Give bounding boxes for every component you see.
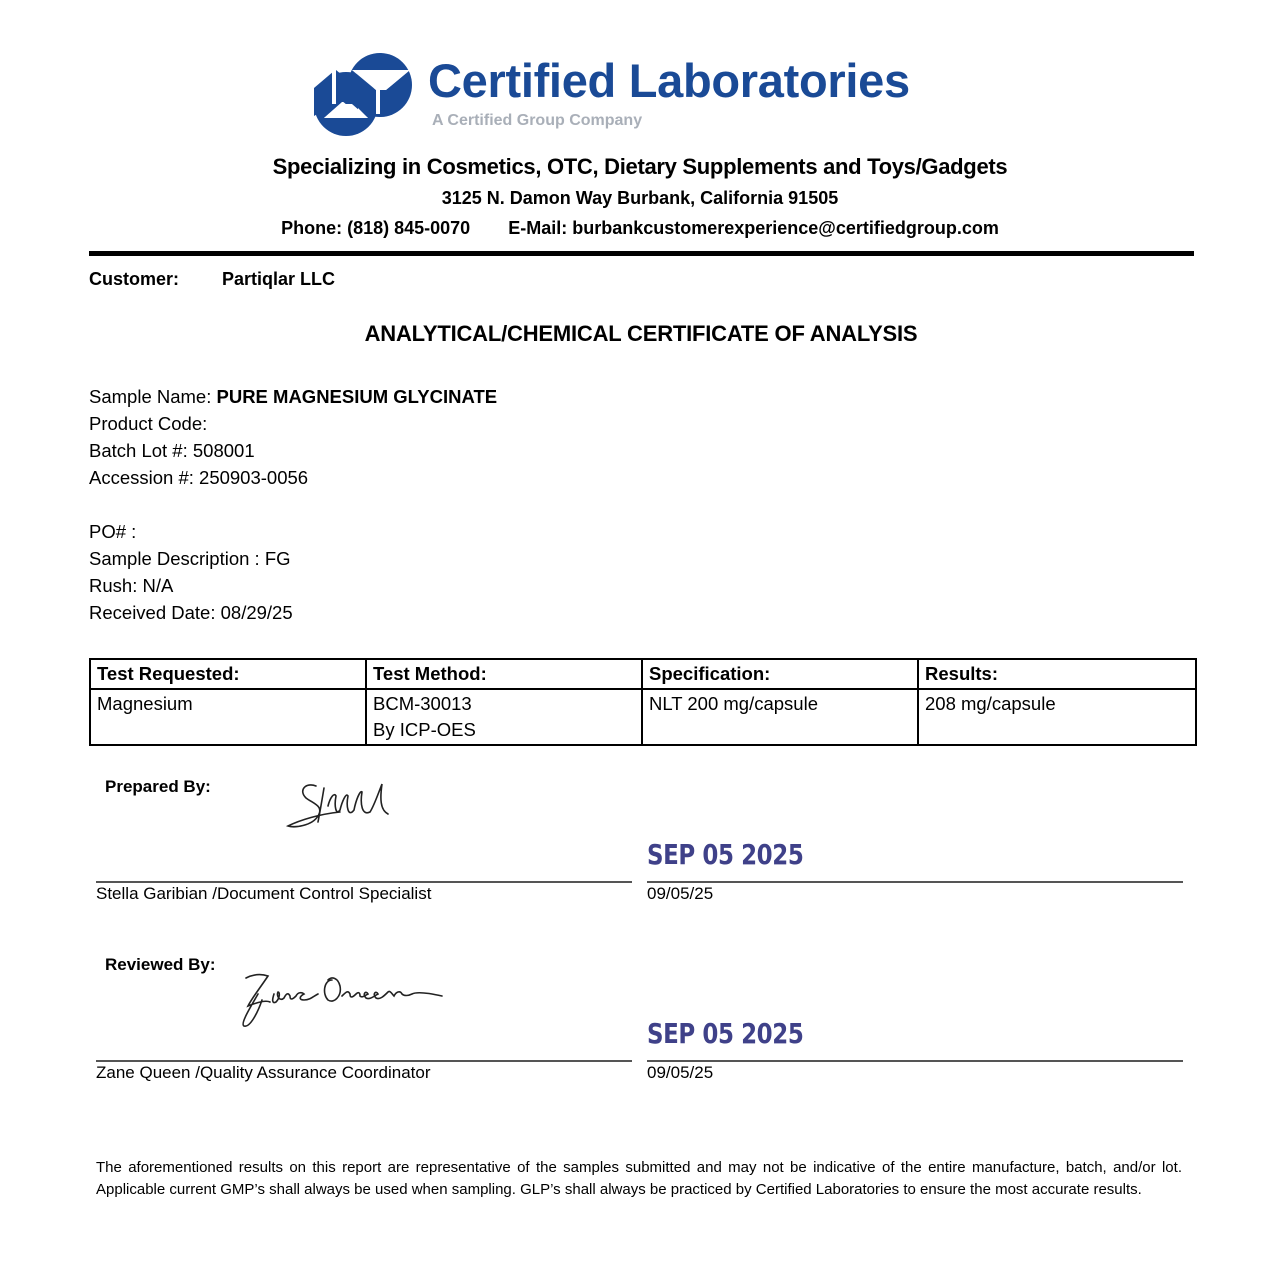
reviewed-by-name: Zane Queen /Quality Assurance Coordinato… xyxy=(96,1062,431,1084)
customer-label: Customer: xyxy=(89,267,179,291)
company-address: 3125 N. Damon Way Burbank, California 91… xyxy=(0,186,1280,210)
sample-name-label: Sample Name: xyxy=(89,386,217,407)
sample-description: Sample Description : FG xyxy=(89,545,293,572)
header-specification: Specification: xyxy=(642,659,918,689)
cell-test-requested: Magnesium xyxy=(90,689,366,745)
sample-name-value: PURE MAGNESIUM GLYCINATE xyxy=(217,386,498,407)
sample-info-secondary: PO# : Sample Description : FG Rush: N/A … xyxy=(89,518,293,626)
prepared-by-label: Prepared By: xyxy=(105,776,211,798)
po-number: PO# : xyxy=(89,518,293,545)
customer-value: Partiqlar LLC xyxy=(222,267,335,291)
test-method-technique: By ICP-OES xyxy=(373,717,635,743)
cell-result: 208 mg/capsule xyxy=(918,689,1196,745)
header-results: Results: xyxy=(918,659,1196,689)
table-row: Magnesium BCM-30013 By ICP-OES NLT 200 m… xyxy=(90,689,1196,745)
reviewed-date: 09/05/25 xyxy=(647,1062,713,1084)
document-title: ANALYTICAL/CHEMICAL CERTIFICATE OF ANALY… xyxy=(0,320,1280,348)
sample-name: Sample Name: PURE MAGNESIUM GLYCINATE xyxy=(89,383,497,410)
company-tagline: Specializing in Cosmetics, OTC, Dietary … xyxy=(0,153,1280,181)
company-phone: Phone: (818) 845-0070 xyxy=(281,218,470,238)
rush-status: Rush: N/A xyxy=(89,572,293,599)
company-email: E-Mail: burbankcustomerexperience@certif… xyxy=(508,218,999,238)
header-test-method: Test Method: xyxy=(366,659,642,689)
certified-laboratories-logo-icon xyxy=(314,44,412,138)
accession-number: Accession #: 250903-0056 xyxy=(89,464,497,491)
reviewed-by-signature-icon xyxy=(236,966,450,1032)
prepared-date: 09/05/25 xyxy=(647,883,713,905)
prepared-date-stamp: SEP 05 2025 xyxy=(647,838,803,872)
received-date: Received Date: 08/29/25 xyxy=(89,599,293,626)
reviewed-date-stamp: SEP 05 2025 xyxy=(647,1017,803,1051)
prepared-by-name: Stella Garibian /Document Control Specia… xyxy=(96,883,431,905)
product-code: Product Code: xyxy=(89,410,497,437)
company-name: Certified Laboratories xyxy=(428,52,910,110)
reviewed-by-label: Reviewed By: xyxy=(105,954,216,976)
test-method-code: BCM-30013 xyxy=(373,691,635,717)
prepared-date-line xyxy=(647,881,1183,883)
header-divider xyxy=(89,251,1194,256)
disclaimer: The aforementioned results on this repor… xyxy=(96,1157,1182,1200)
sample-info-primary: Sample Name: PURE MAGNESIUM GLYCINATE Pr… xyxy=(89,383,497,491)
reviewed-date-line xyxy=(647,1060,1183,1062)
results-table: Test Requested: Test Method: Specificati… xyxy=(89,658,1197,746)
company-contact: Phone: (818) 845-0070E-Mail: burbankcust… xyxy=(0,216,1280,240)
cell-test-method: BCM-30013 By ICP-OES xyxy=(366,689,642,745)
cell-specification: NLT 200 mg/capsule xyxy=(642,689,918,745)
table-header-row: Test Requested: Test Method: Specificati… xyxy=(90,659,1196,689)
header-test-requested: Test Requested: xyxy=(90,659,366,689)
company-subtitle: A Certified Group Company xyxy=(432,111,642,131)
batch-lot: Batch Lot #: 508001 xyxy=(89,437,497,464)
prepared-by-signature-icon xyxy=(284,776,394,834)
